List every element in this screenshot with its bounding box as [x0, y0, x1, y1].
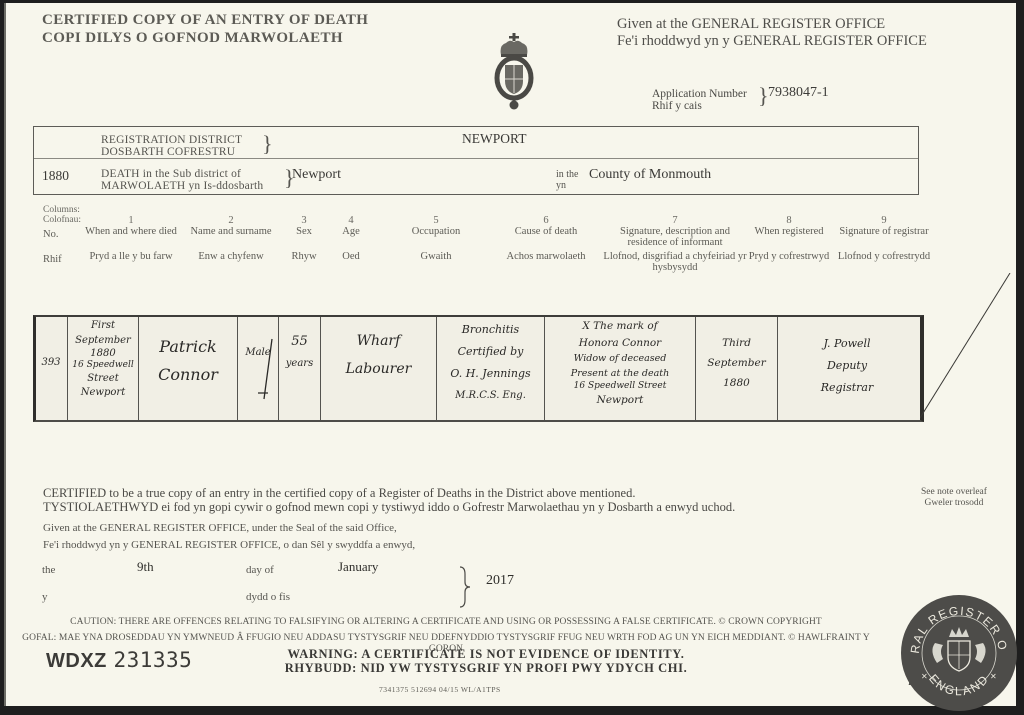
handwritten-line: 55 — [279, 331, 320, 353]
serial-prefix: WDXZ — [46, 650, 107, 672]
handwritten-line: Third — [696, 333, 777, 353]
the-label-english: the — [42, 564, 55, 576]
svg-text:✕: ✕ — [921, 672, 928, 681]
column-header-english: Cause of death — [501, 226, 591, 237]
certification-statement: CERTIFIED to be a true copy of an entry … — [43, 486, 735, 514]
column-number: 2 — [186, 215, 276, 226]
brace-icon: } — [758, 85, 769, 107]
print-code: 7341375 512694 04/15 WL/A1TPS — [379, 685, 501, 694]
handwritten-line: J. Powell — [778, 333, 916, 355]
sub-district-label: DEATH in the Sub district of MARWOLAETH … — [101, 168, 263, 192]
county-label: in the yn — [556, 169, 579, 191]
handwritten-line: Bronchitis — [437, 319, 544, 341]
entry-registrar: J. Powell Deputy Registrar — [778, 333, 916, 399]
column-number: 9 — [834, 215, 934, 226]
column-header-welsh: Pryd a lle y bu farw — [81, 251, 181, 262]
handwritten-line: Wharf — [321, 327, 436, 355]
certification-welsh: TYSTIOLAETHWYD ei fod yn gopi cywir o go… — [43, 500, 735, 514]
column-header-english: Signature of registrar — [834, 226, 934, 237]
cancellation-line — [920, 273, 1024, 423]
handwritten-line: Newport — [68, 385, 138, 400]
column-header-welsh: Enw a chyfenw — [186, 251, 276, 262]
given-at-welsh: Fe'i rhoddwyd yn y GENERAL REGISTER OFFI… — [617, 33, 927, 50]
registration-district-value: NEWPORT — [462, 131, 526, 147]
column-header-sex: 3 Sex Rhyw — [289, 215, 319, 262]
death-certificate: CERTIFIED COPY OF AN ENTRY OF DEATH COPI… — [4, 3, 1016, 706]
application-number: 7938047-1 — [768, 85, 829, 101]
column-number: 4 — [336, 215, 366, 226]
column-divider — [237, 317, 238, 420]
column-header-welsh: Rhif — [43, 254, 73, 265]
handwritten-line: Widow of deceased — [545, 351, 695, 368]
column-header-welsh: Llofnod, disgrifiad a chyfeiriad yr hysb… — [600, 251, 750, 273]
column-header-occupation: 5 Occupation Gwaith — [396, 215, 476, 262]
handwritten-line: September — [696, 353, 777, 373]
entry-name: Patrick Connor — [139, 333, 237, 389]
column-header-cause: 6 Cause of death Achos marwolaeth — [501, 215, 591, 262]
column-number: 1 — [81, 215, 181, 226]
handwritten-line: September — [68, 333, 138, 348]
the-label: the y — [42, 564, 55, 603]
column-header-welsh: Oed — [336, 251, 366, 262]
column-header-welsh: Achos marwolaeth — [501, 251, 591, 262]
given-at-header: Given at the GENERAL REGISTER OFFICE Fe'… — [617, 16, 927, 50]
column-header-english: When and where died — [81, 226, 181, 237]
handwritten-line: Patrick — [139, 333, 237, 361]
day-of-english: day of — [246, 564, 290, 576]
column-header-welsh: Pryd y cofrestrwyd — [744, 251, 834, 262]
column-header-no: No. Rhif — [36, 229, 73, 265]
note-welsh: Gweler trosodd — [921, 498, 987, 509]
handwritten-line: Street — [68, 372, 138, 385]
county-label-welsh: yn — [556, 180, 579, 191]
county-label-english: in the — [556, 169, 579, 180]
certification-english: CERTIFIED to be a true copy of an entry … — [43, 486, 735, 500]
column-header-name: 2 Name and surname Enw a chyfenw — [186, 215, 276, 262]
entry-cause: Bronchitis Certified by O. H. Jennings M… — [437, 319, 544, 407]
column-header-english: Name and surname — [186, 226, 276, 237]
column-header-english: Signature, description and residence of … — [600, 226, 750, 248]
register-entry-row: 393 First September 1880 16 Speedwell St… — [33, 315, 924, 422]
day-of-label: day of dydd o fis — [246, 564, 290, 603]
column-header-english: Sex — [289, 226, 319, 237]
sub-district-label-welsh: MARWOLAETH yn Is-ddosbarth — [101, 180, 263, 192]
issue-month: January — [338, 559, 378, 575]
handwritten-line: Certified by — [437, 341, 544, 363]
entry-informant: X The mark of Honora Connor Widow of dec… — [545, 318, 695, 408]
the-label-welsh: y — [42, 591, 55, 603]
column-number: 8 — [744, 215, 834, 226]
handwritten-line: 16 Speedwell — [68, 359, 138, 372]
sub-district-label-english: DEATH in the Sub district of — [101, 168, 263, 180]
handwritten-line: M.R.C.S. Eng. — [437, 385, 544, 407]
entry-when-where: First September 1880 16 Speedwell Street… — [68, 318, 138, 400]
certificate-title: CERTIFIED COPY OF AN ENTRY OF DEATH COPI… — [42, 11, 368, 47]
day-of-welsh: dydd o fis — [246, 591, 290, 603]
application-label-english: Application Number — [652, 88, 747, 100]
registration-district-box: REGISTRATION DISTRICT DOSBARTH COFRESTRU… — [33, 126, 919, 195]
county-value: County of Monmouth — [589, 167, 711, 183]
column-number: 7 — [600, 215, 750, 226]
column-number: 3 — [289, 215, 319, 226]
columns-label-welsh: Colofnau: — [43, 215, 81, 225]
application-number-label: Application Number Rhif y cais — [652, 88, 747, 112]
handwritten-line: 1880 — [68, 348, 138, 359]
column-number: 6 — [501, 215, 591, 226]
columns-label-english: Columns: — [43, 205, 81, 215]
column-header-welsh: Gwaith — [396, 251, 476, 262]
handwritten-line: O. H. Jennings — [437, 363, 544, 385]
handwritten-line: Registrar — [778, 377, 916, 399]
handwritten-line: Deputy — [778, 355, 916, 377]
column-header-registrar: 9 Signature of registrar Llofnod y cofre… — [834, 215, 934, 262]
registration-district-label: REGISTRATION DISTRICT DOSBARTH COFRESTRU — [101, 134, 242, 158]
column-header-english: Occupation — [396, 226, 476, 237]
handwritten-line: First — [68, 318, 138, 333]
handwritten-line: Labourer — [321, 355, 436, 383]
entry-occupation: Wharf Labourer — [321, 327, 436, 383]
handwritten-line: Connor — [139, 361, 237, 389]
entry-when-registered: Third September 1880 — [696, 333, 777, 393]
column-header-english: Age — [336, 226, 366, 237]
column-header-age: 4 Age Oed — [336, 215, 366, 262]
see-note-overleaf: See note overleaf Gweler trosodd — [921, 487, 987, 509]
caution-english: CAUTION: THERE ARE OFFENCES RELATING TO … — [6, 617, 886, 628]
handwritten-line: Newport — [545, 392, 695, 409]
column-header-english: No. — [43, 229, 73, 240]
issue-day: 9th — [137, 559, 154, 575]
district-label-english: REGISTRATION DISTRICT — [101, 134, 242, 146]
general-register-office-seal-icon: GENERAL REGISTER OFFICE ENGLAND ✕ ✕ — [899, 593, 1019, 713]
given-under-seal-english: Given at the GENERAL REGISTER OFFICE, un… — [43, 520, 415, 537]
mark-stroke-icon — [256, 337, 276, 407]
handwritten-line: X The mark of — [545, 318, 695, 335]
column-header-english: When registered — [744, 226, 834, 237]
handwritten-line: Honora Connor — [545, 335, 695, 352]
royal-coat-of-arms-icon — [493, 33, 535, 113]
handwritten-line: Present at the death — [545, 368, 695, 380]
district-label-welsh: DOSBARTH COFRESTRU — [101, 146, 242, 158]
serial-number: 231335 — [113, 648, 192, 672]
issue-year: 2017 — [486, 573, 514, 589]
brace-icon: } — [262, 133, 273, 155]
column-header-welsh: Llofnod y cofrestrydd — [834, 251, 934, 262]
application-label-welsh: Rhif y cais — [652, 100, 747, 112]
title-english: CERTIFIED COPY OF AN ENTRY OF DEATH — [42, 11, 368, 29]
entry-age: 55 years — [279, 331, 320, 375]
column-header-when-registered: 8 When registered Pryd y cofrestrwyd — [744, 215, 834, 262]
column-header-when-where: 1 When and where died Pryd a lle y bu fa… — [81, 215, 181, 262]
given-at-english: Given at the GENERAL REGISTER OFFICE — [617, 16, 927, 33]
divider — [34, 158, 918, 159]
columns-label: Columns: Colofnau: — [43, 205, 81, 225]
handwritten-line: years — [279, 353, 320, 375]
handwritten-line: 1880 — [696, 373, 777, 393]
note-english: See note overleaf — [921, 487, 987, 498]
entry-number: 393 — [36, 357, 66, 368]
brace-icon — [458, 566, 472, 608]
svg-text:✕: ✕ — [990, 672, 997, 681]
sub-district-value: Newport — [292, 167, 341, 183]
certificate-serial-number: WDXZ 231335 — [46, 648, 192, 673]
given-under-seal-welsh: Fe'i rhoddwyd yn y GENERAL REGISTER OFFI… — [43, 537, 415, 554]
column-header-welsh: Rhyw — [289, 251, 319, 262]
given-under-seal: Given at the GENERAL REGISTER OFFICE, un… — [43, 520, 415, 554]
column-header-informant: 7 Signature, description and residence o… — [600, 215, 750, 273]
entry-year: 1880 — [42, 168, 69, 184]
title-welsh: COPI DILYS O GOFNOD MARWOLAETH — [42, 29, 368, 47]
handwritten-line: 16 Speedwell Street — [545, 380, 695, 392]
column-number: 5 — [396, 215, 476, 226]
